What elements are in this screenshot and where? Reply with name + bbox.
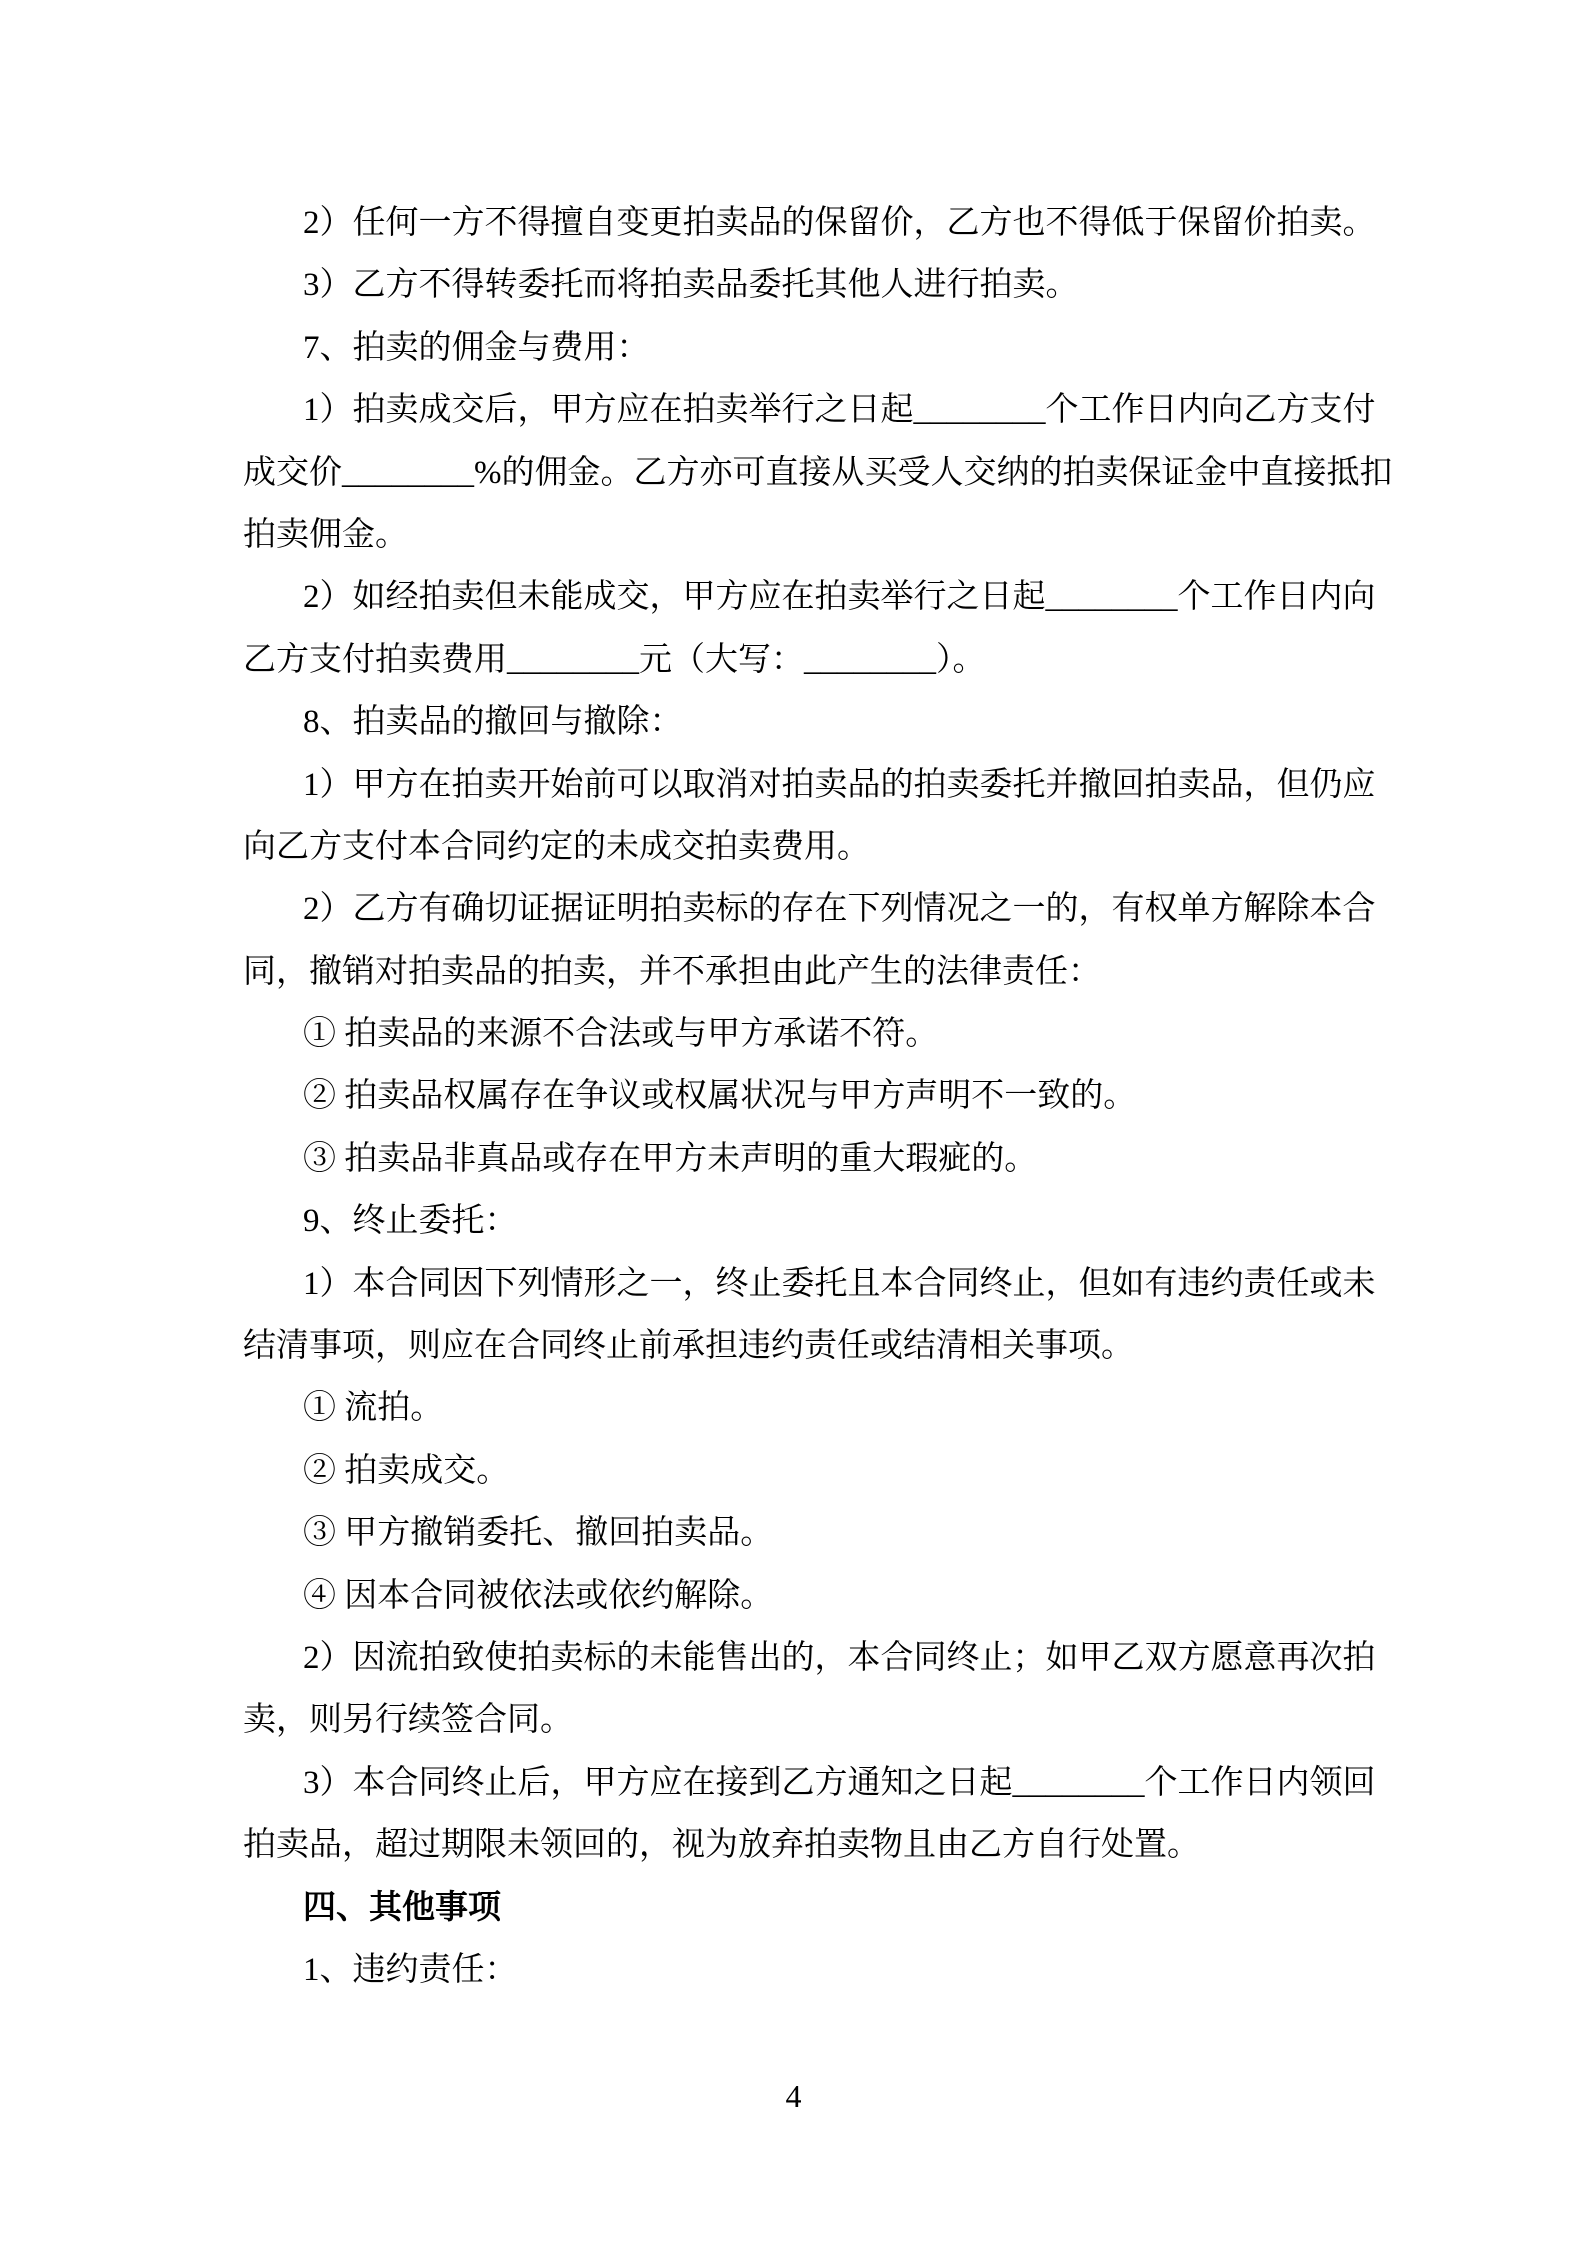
page-number: 4 xyxy=(0,2075,1587,2117)
document-line: 2）任何一方不得擅自变更拍卖品的保留价，乙方也不得低于保留价拍卖。 xyxy=(243,192,1363,254)
document-line: 成交价________%的佣金。乙方亦可直接从买受人交纳的拍卖保证金中直接抵扣 xyxy=(243,442,1363,504)
document-line: 2）乙方有确切证据证明拍卖标的存在下列情况之一的，有权单方解除本合 xyxy=(243,878,1363,940)
document-line: 9、终止委托： xyxy=(243,1190,1363,1252)
document-line: 结清事项，则应在合同终止前承担违约责任或结清相关事项。 xyxy=(243,1315,1363,1377)
document-body: 2）任何一方不得擅自变更拍卖品的保留价，乙方也不得低于保留价拍卖。3）乙方不得转… xyxy=(243,192,1363,2001)
document-line: 8、拍卖品的撤回与撤除： xyxy=(243,691,1363,753)
document-line: 2）因流拍致使拍卖标的未能售出的，本合同终止；如甲乙双方愿意再次拍 xyxy=(243,1627,1363,1689)
document-line: ② 拍卖品权属存在争议或权属状况与甲方声明不一致的。 xyxy=(243,1065,1363,1127)
document-line: 同，撤销对拍卖品的拍卖，并不承担由此产生的法律责任： xyxy=(243,941,1363,1003)
document-line: 1）甲方在拍卖开始前可以取消对拍卖品的拍卖委托并撤回拍卖品，但仍应 xyxy=(243,754,1363,816)
document-line: 乙方支付拍卖费用________元（大写：________）。 xyxy=(243,629,1363,691)
document-line: 1）本合同因下列情形之一，终止委托且本合同终止，但如有违约责任或未 xyxy=(243,1253,1363,1315)
document-page: 2）任何一方不得擅自变更拍卖品的保留价，乙方也不得低于保留价拍卖。3）乙方不得转… xyxy=(0,0,1587,2245)
document-line: 2）如经拍卖但未能成交，甲方应在拍卖举行之日起________个工作日内向 xyxy=(243,566,1363,628)
document-line: 1）拍卖成交后，甲方应在拍卖举行之日起________个工作日内向乙方支付 xyxy=(243,379,1363,441)
document-line: 1、违约责任： xyxy=(243,1939,1363,2001)
document-line: 3）本合同终止后，甲方应在接到乙方通知之日起________个工作日内领回 xyxy=(243,1752,1363,1814)
document-line: 拍卖佣金。 xyxy=(243,504,1363,566)
document-line: 四、其他事项 xyxy=(243,1877,1363,1939)
document-line: 向乙方支付本合同约定的未成交拍卖费用。 xyxy=(243,816,1363,878)
document-line: ③ 甲方撤销委托、撤回拍卖品。 xyxy=(243,1502,1363,1564)
document-line: ④ 因本合同被依法或依约解除。 xyxy=(243,1565,1363,1627)
document-line: 3）乙方不得转委托而将拍卖品委托其他人进行拍卖。 xyxy=(243,254,1363,316)
document-line: 卖，则另行续签合同。 xyxy=(243,1689,1363,1751)
document-line: ③ 拍卖品非真品或存在甲方未声明的重大瑕疵的。 xyxy=(243,1128,1363,1190)
document-line: ② 拍卖成交。 xyxy=(243,1440,1363,1502)
document-line: ① 拍卖品的来源不合法或与甲方承诺不符。 xyxy=(243,1003,1363,1065)
document-line: 7、拍卖的佣金与费用： xyxy=(243,317,1363,379)
document-line: 拍卖品，超过期限未领回的，视为放弃拍卖物且由乙方自行处置。 xyxy=(243,1814,1363,1876)
document-line: ① 流拍。 xyxy=(243,1377,1363,1439)
